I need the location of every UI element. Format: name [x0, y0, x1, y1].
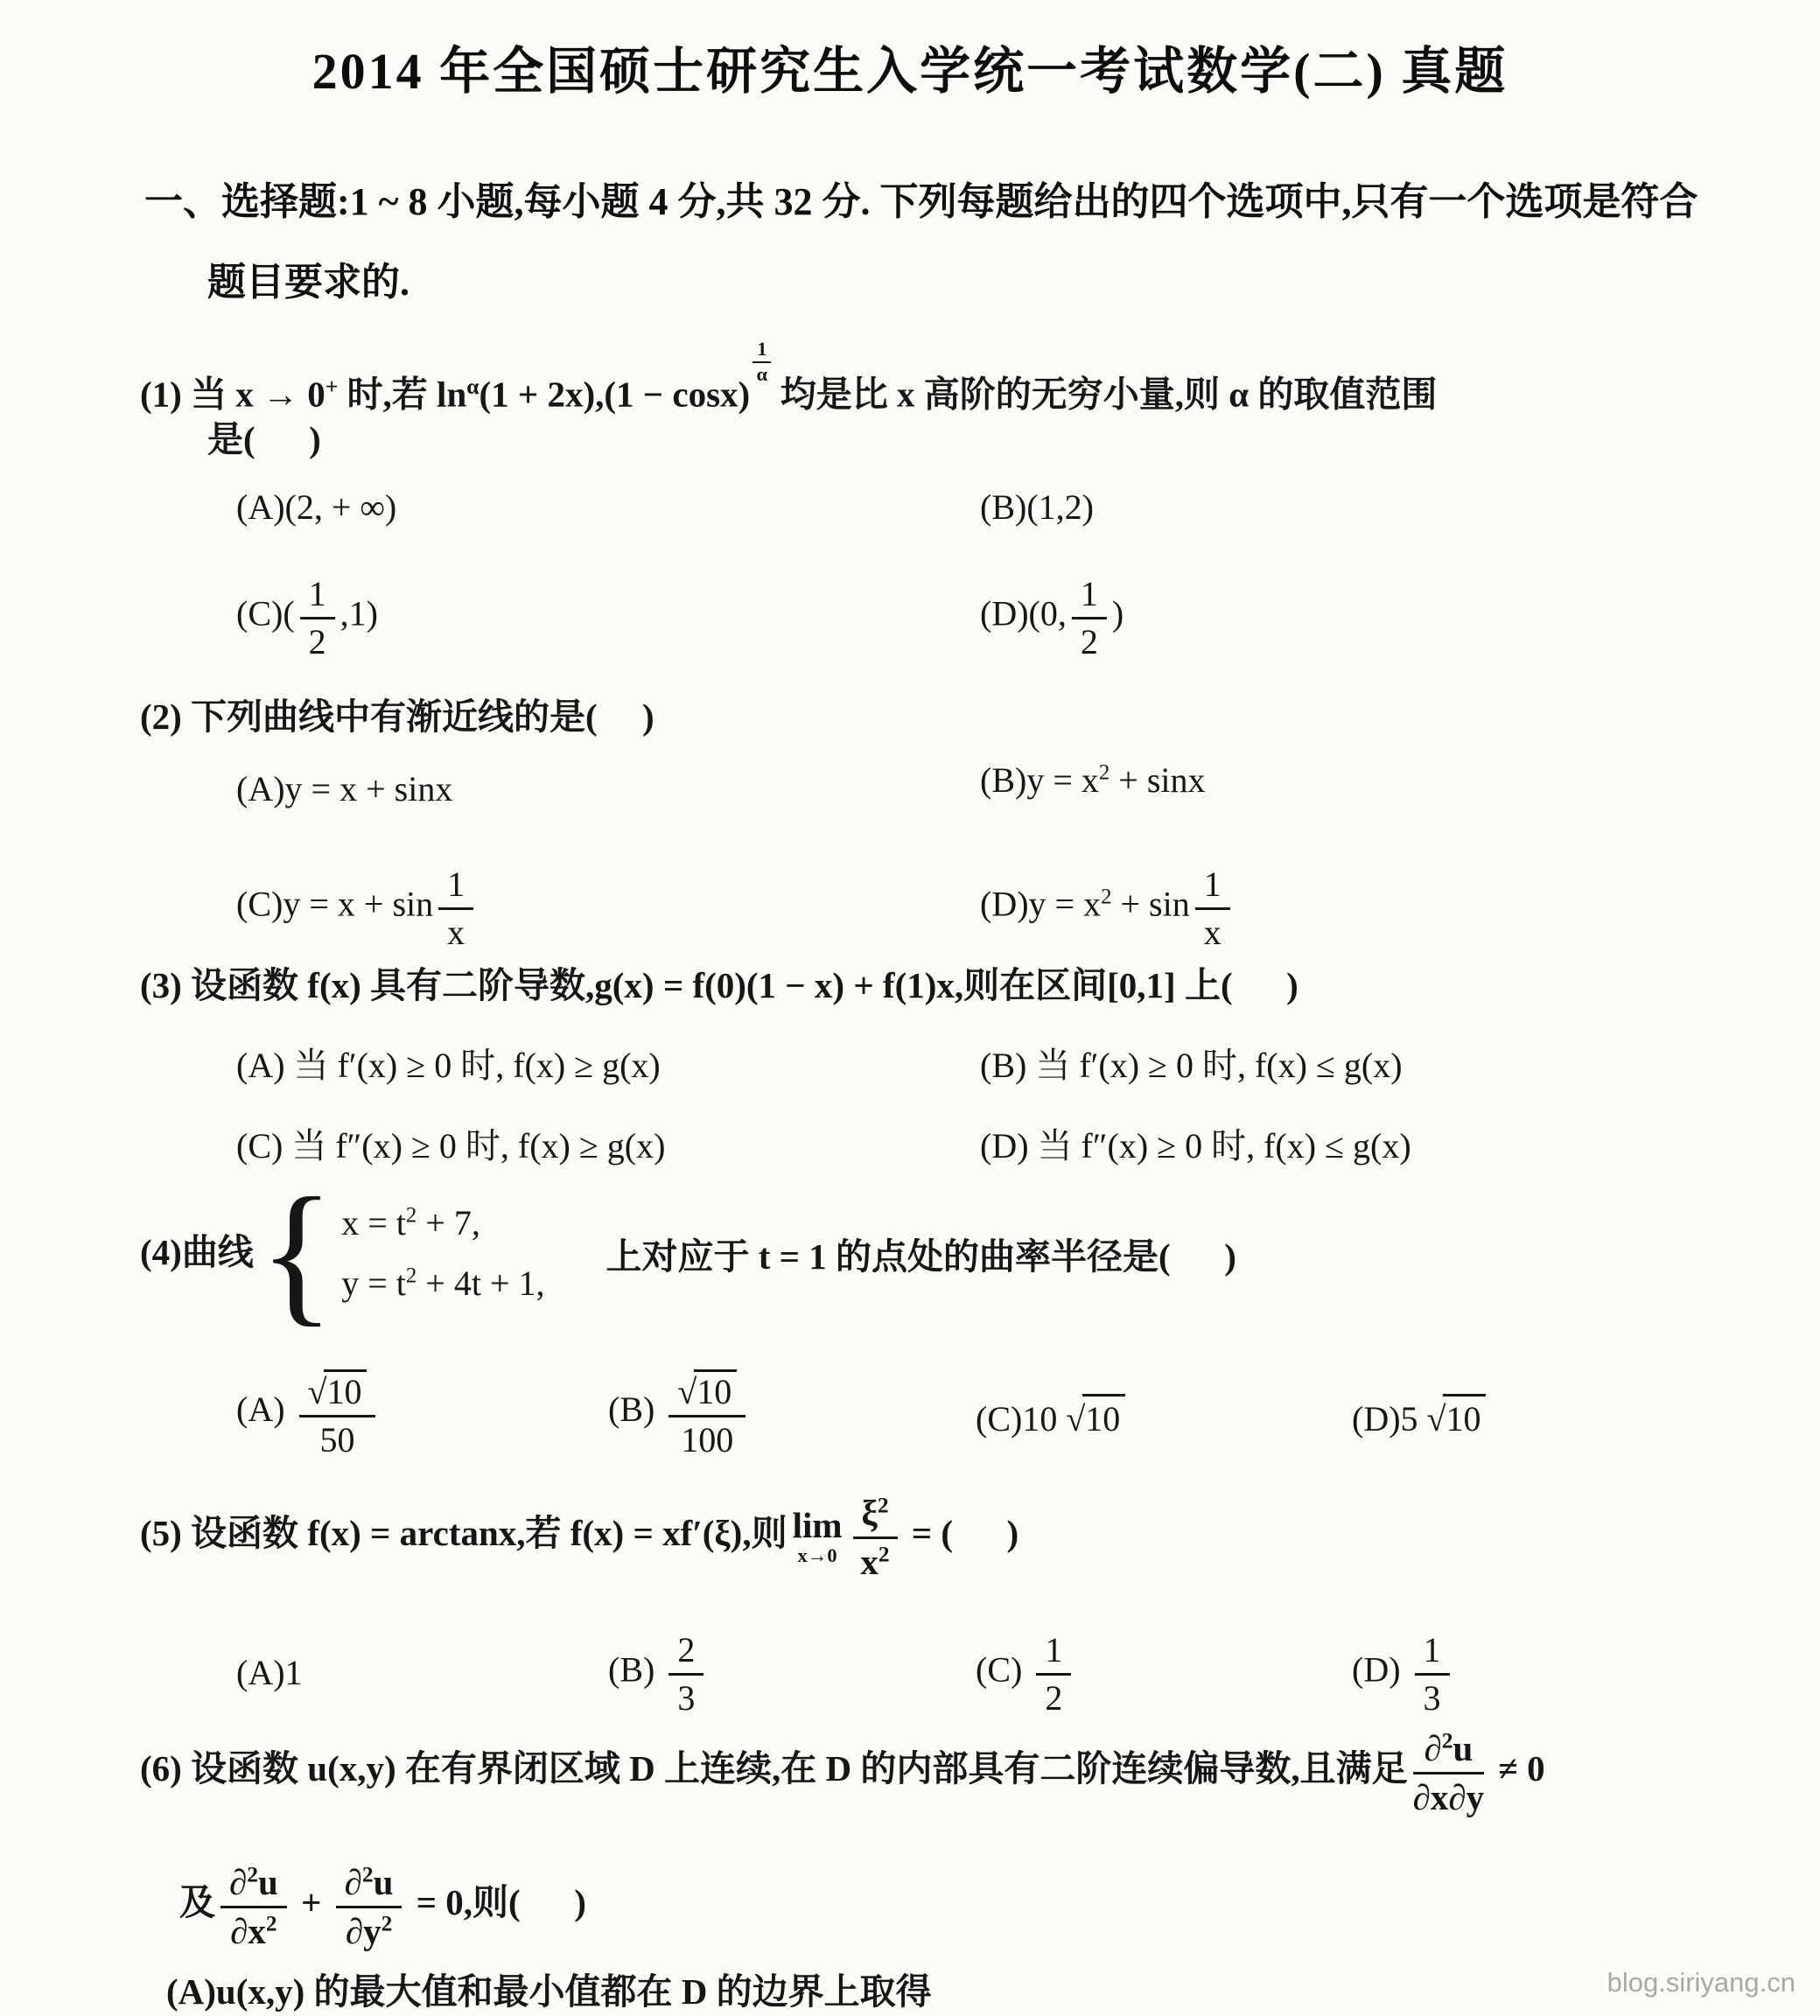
question-5-stem: (5) 设函数 f(x) = arctanx,若 f(x) = xf′(ξ),则…: [140, 1493, 1018, 1581]
fraction-denominator: ∂x2: [220, 1908, 287, 1950]
option-d: (D)(0,12): [980, 574, 1123, 661]
limit-text: lim: [793, 1508, 843, 1543]
fraction-numerator: ∂2u: [1413, 1728, 1485, 1774]
option-text: (B): [608, 1389, 663, 1429]
equation-text: + 7,: [416, 1203, 480, 1242]
fraction-denominator: 100: [668, 1417, 745, 1459]
option-d: (D) 当 f″(x) ≥ 0 时, f(x) ≤ g(x): [980, 1118, 1411, 1168]
option-b: (B) 当 f′(x) ≥ 0 时, f(x) ≤ g(x): [980, 1038, 1403, 1088]
fraction-denominator: x2: [853, 1539, 898, 1581]
fraction: 12: [300, 574, 335, 661]
fraction: √10100: [668, 1368, 745, 1459]
question-4-label: (4): [140, 1231, 182, 1274]
q2-text: 下列曲线中有渐近线的是( ): [182, 696, 654, 737]
q4-text: 曲线: [182, 1231, 254, 1274]
question-4-options-row: (A) √1050 (B) √10100 (C)10 √10 (D)5 √10: [219, 1354, 1794, 1494]
q1-text: 当 x → 0: [182, 374, 325, 415]
option-c: (C)10 √10: [976, 1394, 1125, 1439]
square-root: √10: [308, 1369, 367, 1410]
fraction-denominator: 2: [1036, 1676, 1071, 1717]
option-d: (D)5 √10: [1352, 1394, 1486, 1439]
fraction: ξ2x2: [853, 1493, 898, 1581]
partial-symbol: ∂: [1424, 1728, 1442, 1768]
exponent: 2: [266, 1911, 277, 1935]
fraction-denominator: 50: [299, 1417, 376, 1459]
square-root: √10: [677, 1369, 737, 1410]
q6-text: ≠ 0: [1489, 1748, 1545, 1788]
limit-operator: limx→0: [793, 1508, 843, 1566]
option-text: ): [1112, 594, 1123, 633]
option-c: (C)y = x + sin1x: [236, 864, 479, 951]
fraction-numerator: 1: [1036, 1630, 1071, 1676]
fraction: 23: [668, 1630, 703, 1717]
question-3-options-row1: (A) 当 f′(x) ≥ 0 时, f(x) ≥ g(x) (B) 当 f′(…: [219, 1038, 1759, 1099]
question-5-label: (5): [140, 1513, 182, 1553]
equation-text: y = t: [341, 1263, 406, 1303]
case-line-2: y = t2 + 4t + 1,: [341, 1263, 544, 1304]
option-text: + sin: [1112, 885, 1190, 924]
question-2-stem: (2) 下列曲线中有渐近线的是( ): [140, 696, 654, 738]
exponent: 2: [878, 1542, 890, 1566]
option-text: (D)y = x: [980, 885, 1101, 924]
option-d: (D) 13: [1352, 1630, 1455, 1717]
fraction-denominator: 3: [1415, 1676, 1450, 1717]
q1-sup-alpha: α: [466, 374, 479, 399]
equation-text: x = t: [341, 1203, 406, 1242]
option-text: (C): [976, 1650, 1031, 1690]
exponent: 2: [406, 1264, 416, 1288]
exponent: 2: [1099, 761, 1109, 785]
option-a: (A)(2, + ∞): [236, 486, 396, 528]
fraction-numerator: 1: [752, 339, 771, 363]
exponent: 2: [247, 1862, 258, 1886]
option-c: (C) 12: [976, 1630, 1076, 1717]
option-text: (D): [1352, 1650, 1410, 1690]
q1-text: 时,若 ln: [338, 374, 466, 415]
fraction-numerator: 1: [300, 574, 335, 619]
question-4-stem: (4) 曲线 { x = t2 + 7, y = t2 + 4t + 1, 上对…: [140, 1183, 1236, 1323]
fraction-numerator: √10: [668, 1368, 745, 1417]
q1-sup-plus: +: [325, 374, 338, 399]
option-text: (B): [608, 1650, 663, 1690]
parametric-equations: x = t2 + 7, y = t2 + 4t + 1,: [341, 1183, 544, 1323]
fraction-denominator: 3: [668, 1676, 703, 1717]
fraction-denominator: x: [438, 910, 473, 951]
square-root: √10: [1427, 1394, 1487, 1439]
option-b: (B) 23: [608, 1630, 709, 1717]
question-1-stem-line2: 是( ): [207, 418, 321, 461]
question-1-options-row2: (C)(12,1) (D)(0,12): [219, 556, 1706, 705]
question-1-label: (1): [140, 374, 182, 415]
partial-symbol: ∂: [229, 1862, 247, 1902]
fraction: 13: [1415, 1630, 1450, 1717]
fraction-numerator: 1: [438, 864, 473, 910]
fraction-numerator: ξ2: [853, 1493, 898, 1539]
question-6-label: (6): [140, 1748, 182, 1788]
option-text: ,1): [340, 594, 378, 633]
fraction: √1050: [299, 1368, 376, 1459]
option-a: (A) √1050: [236, 1368, 381, 1459]
question-3-options-row2: (C) 当 f″(x) ≥ 0 时, f(x) ≥ g(x) (D) 当 f″(…: [219, 1118, 1759, 1179]
radicand: 10: [324, 1369, 367, 1410]
option-text: (A): [236, 1389, 294, 1429]
fraction-numerator: √10: [299, 1368, 376, 1417]
fraction-numerator: 2: [668, 1630, 703, 1676]
option-d: (D)y = x2 + sin1x: [980, 864, 1235, 951]
fraction-numerator: 1: [1415, 1630, 1450, 1676]
variable: u: [374, 1862, 394, 1902]
exponent: 2: [1101, 885, 1111, 908]
fraction-numerator: 1: [1072, 574, 1107, 619]
option-c: (C) 当 f″(x) ≥ 0 时, f(x) ≥ g(x): [236, 1118, 665, 1168]
section-heading-line2: 题目要求的.: [207, 250, 409, 306]
fraction: 1x: [1195, 864, 1230, 951]
fraction-denominator: ∂y2: [336, 1908, 402, 1950]
watermark: blog.siriyang.cn: [1607, 1967, 1795, 1998]
page-title: 2014 年全国硕士研究生入学统一考试数学(二) 真题: [0, 30, 1820, 103]
partial-symbol: ∂x: [230, 1911, 266, 1951]
question-2-label: (2): [140, 696, 182, 737]
fraction-denominator: 2: [1072, 619, 1107, 661]
fraction-denominator: x: [1195, 910, 1230, 951]
radicand: 10: [1082, 1394, 1125, 1439]
q3-text: 设函数 f(x) 具有二阶导数,g(x) = f(0)(1 − x) + f(1…: [182, 965, 1298, 1005]
question-1-stem: (1) 当 x → 0+ 时,若 lnα(1 + 2x),(1 − cosx)1…: [140, 339, 1437, 416]
radicand: 10: [1443, 1394, 1486, 1439]
option-text: (C)10: [976, 1399, 1066, 1438]
equation-text: + 4t + 1,: [416, 1263, 544, 1303]
case-line-1: x = t2 + 7,: [341, 1202, 544, 1243]
limit-subscript: x→0: [793, 1546, 843, 1566]
q6-text: 及: [179, 1882, 215, 1922]
exponent: 2: [1442, 1728, 1453, 1753]
q5-text: 设函数 f(x) = arctanx,若 f(x) = xf′(ξ),则: [182, 1513, 787, 1553]
fraction: 1x: [438, 864, 473, 951]
square-root: √10: [1066, 1394, 1125, 1439]
q6-text: +: [292, 1882, 331, 1922]
q5-text: = ( ): [903, 1513, 1019, 1553]
question-3-stem: (3) 设函数 f(x) 具有二阶导数,g(x) = f(0)(1 − x) +…: [140, 964, 1298, 1007]
q1-exponent-fraction: 1α: [752, 339, 771, 384]
option-text: (B)y = x: [980, 760, 1099, 800]
q4-text: 上对应于 t = 1 的点处的曲率半径是( ): [606, 1228, 1236, 1279]
question-6-stem-line2: 及∂2u∂x2 + ∂2u∂y2 = 0,则( ): [179, 1862, 586, 1950]
fraction: ∂2u∂x2: [220, 1862, 287, 1950]
option-text: + sinx: [1109, 760, 1205, 800]
fraction-denominator: 2: [300, 619, 335, 661]
question-6-stem: (6) 设函数 u(x,y) 在有界闭区域 D 上连续,在 D 的内部具有二阶连…: [140, 1728, 1545, 1816]
fraction-numerator: ∂2u: [220, 1862, 287, 1908]
question-3-label: (3): [140, 965, 182, 1005]
exponent: 2: [878, 1493, 889, 1517]
option-a: (A)y = x + sinx: [236, 768, 452, 809]
option-text: (D)(0,: [980, 594, 1067, 633]
fraction-numerator: 1: [1195, 864, 1230, 910]
cases-brace: {: [259, 1190, 334, 1316]
variable: x: [860, 1542, 878, 1582]
option-text: (C)y = x + sin: [236, 885, 433, 924]
partial-symbol: ∂y: [346, 1911, 381, 1951]
partial-symbol: ∂: [345, 1862, 362, 1902]
option-text: (C)(: [236, 594, 295, 633]
q1-text: 均是比 x 高阶的无穷小量,则 α 的取值范围: [771, 374, 1437, 415]
option-b: (B) √10100: [608, 1368, 751, 1459]
exam-scan-page: 2014 年全国硕士研究生入学统一考试数学(二) 真题 一、选择题:1 ~ 8 …: [0, 0, 1820, 2016]
q6-text: = 0,则( ): [407, 1882, 585, 1922]
section-heading-line1: 一、选择题:1 ~ 8 小题,每小题 4 分,共 32 分. 下列每题给出的四个…: [144, 170, 1698, 226]
option-a: (A)1: [236, 1652, 303, 1693]
variable: u: [1452, 1728, 1473, 1768]
fraction-numerator: ∂2u: [336, 1862, 402, 1908]
option-b: (B)y = x2 + sinx: [980, 759, 1206, 801]
option-b: (B)(1,2): [980, 486, 1094, 528]
question-1-options-row1: (A)(2, + ∞) (B)(1,2): [219, 486, 1706, 548]
fraction-denominator: α: [752, 363, 771, 385]
exponent: 2: [362, 1862, 374, 1886]
question-2-options-row1: (A)y = x + sinx (B)y = x2 + sinx: [219, 759, 1706, 829]
fraction-denominator: ∂x∂y: [1413, 1774, 1485, 1816]
variable: u: [258, 1862, 278, 1902]
fraction: 12: [1036, 1630, 1071, 1717]
option-c: (C)(12,1): [236, 574, 378, 661]
exponent: 2: [381, 1911, 393, 1935]
fraction: 12: [1072, 574, 1107, 661]
variable: ξ: [862, 1493, 878, 1533]
q1-text: (1 + 2x),(1 − cosx): [479, 374, 750, 415]
fraction: ∂2u∂y2: [336, 1862, 402, 1950]
fraction: ∂2u∂x∂y: [1413, 1728, 1485, 1816]
radicand: 10: [694, 1369, 737, 1410]
exponent: 2: [406, 1204, 416, 1228]
option-a: (A) 当 f′(x) ≥ 0 时, f(x) ≥ g(x): [236, 1038, 661, 1088]
option-text: (D)5: [1352, 1399, 1427, 1438]
question-6-option-a: (A)u(x,y) 的最大值和最小值都在 D 的边界上取得: [166, 1970, 932, 2013]
q6-text: 设函数 u(x,y) 在有界闭区域 D 上连续,在 D 的内部具有二阶连续偏导数…: [182, 1748, 1408, 1788]
